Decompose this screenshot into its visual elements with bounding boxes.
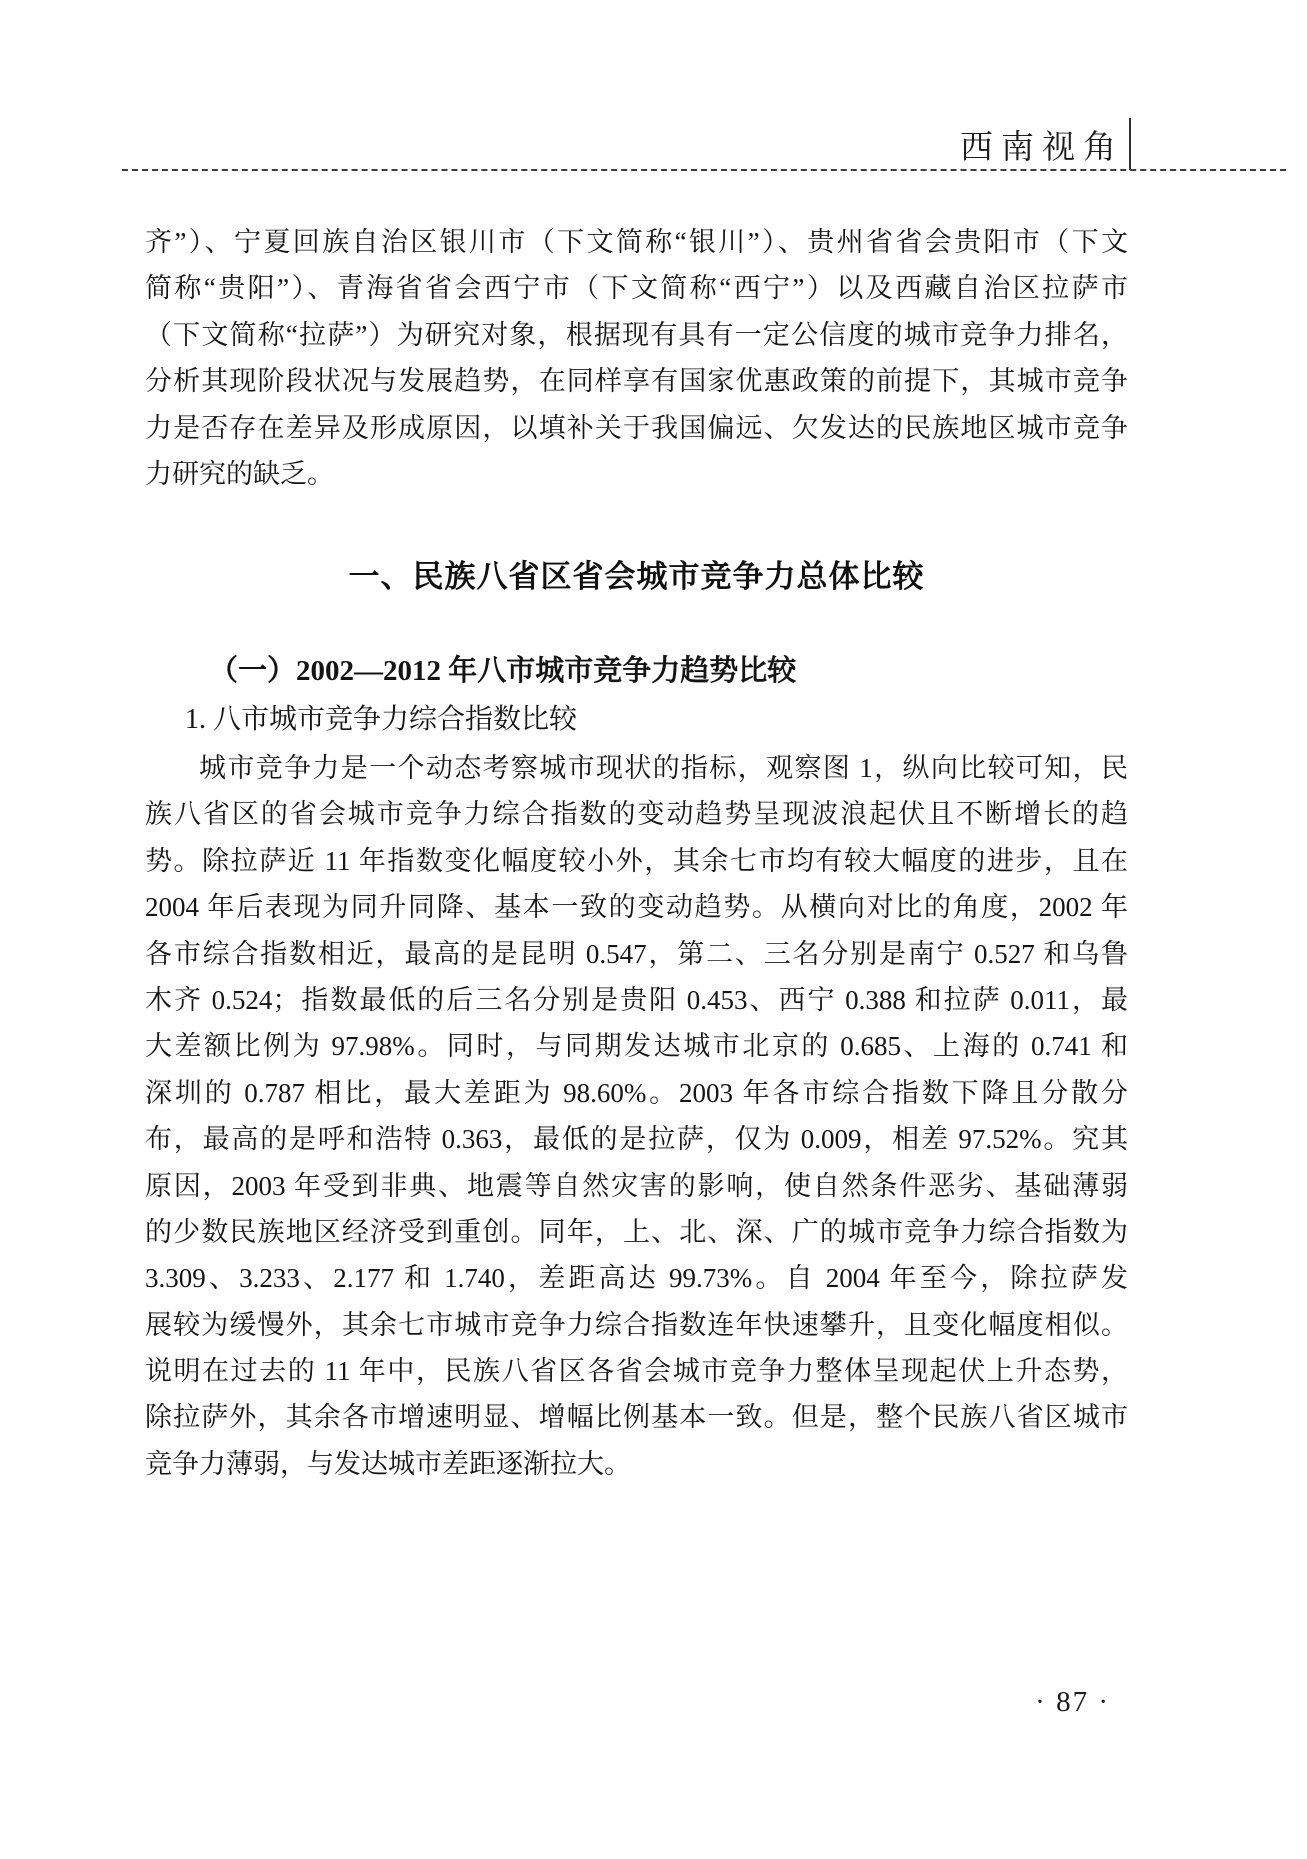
text-line: 布，最高的是呼和浩特 0.363，最低的是拉萨，仅为 0.009，相差 97.5… (145, 1116, 1128, 1162)
text-line: 2004 年后表现为同升同降、基本一致的变动趋势。从横向对比的角度，2002 年 (145, 884, 1128, 930)
subsection-heading: （一）2002—2012 年八市城市竞争力趋势比较 (145, 651, 1128, 691)
body-paragraph: 城市竞争力是一个动态考察城市现状的指标，观察图 1，纵向比较可知，民族八省区的省… (145, 745, 1128, 1487)
document-page: 西南视角 齐”）、宁夏回族自治区银川市（下文简称“银川”）、贵州省省会贵阳市（下… (0, 0, 1307, 1859)
text-line: 齐”）、宁夏回族自治区银川市（下文简称“银川”）、贵州省省会贵阳市（下文 (145, 219, 1128, 265)
text-line: 竞争力薄弱，与发达城市差距逐渐拉大。 (145, 1441, 1128, 1487)
text-line: 简称“贵阳”）、青海省省会西宁市（下文简称“西宁”）以及西藏自治区拉萨市 (145, 265, 1128, 311)
page-number: · 87 · (1035, 1684, 1110, 1720)
section-heading: 一、民族八省区省会城市竞争力总体比较 (145, 557, 1128, 597)
text-line: 城市竞争力是一个动态考察城市现状的指标，观察图 1，纵向比较可知，民 (145, 745, 1128, 791)
text-line: 族八省区的省会城市竞争力综合指数的变动趋势呈现波浪起伏且不断增长的趋 (145, 791, 1128, 837)
text-line: 分析其现阶段状况与发展趋势，在同样享有国家优惠政策的前提下，其城市竞争 (145, 358, 1128, 404)
text-line: 势。除拉萨近 11 年指数变化幅度较小外，其余七市均有较大幅度的进步，且在 (145, 838, 1128, 884)
text-line: 大差额比例为 97.98%。同时，与同期发达城市北京的 0.685、上海的 0.… (145, 1023, 1128, 1069)
text-line: 原因，2003 年受到非典、地震等自然灾害的影响，使自然条件恶劣、基础薄弱 (145, 1163, 1128, 1209)
text-line: 力是否存在差异及形成原因，以填补关于我国偏远、欠发达的民族地区城市竞争 (145, 405, 1128, 451)
text-line: 除拉萨外，其余各市增速明显、增幅比例基本一致。但是，整个民族八省区城市 (145, 1394, 1128, 1440)
text-line: 木齐 0.524；指数最低的后三名分别是贵阳 0.453、西宁 0.388 和拉… (145, 977, 1128, 1023)
numbered-item-heading: 1. 八市城市竞争力综合指数比较 (145, 701, 1128, 739)
text-line: 说明在过去的 11 年中，民族八省区各省会城市竞争力整体呈现起伏上升态势， (145, 1348, 1128, 1394)
text-line: 的少数民族地区经济受到重创。同年，上、北、深、广的城市竞争力综合指数为 (145, 1209, 1128, 1255)
intro-paragraph: 齐”）、宁夏回族自治区银川市（下文简称“银川”）、贵州省省会贵阳市（下文简称“贵… (145, 219, 1128, 497)
text-line: 深圳的 0.787 相比，最大差距为 98.60%。2003 年各市综合指数下降… (145, 1070, 1128, 1116)
text-line: 展较为缓慢外，其余七市城市竞争力综合指数连年快速攀升，且变化幅度相似。 (145, 1302, 1128, 1348)
running-header-title: 西南视角 (960, 128, 1124, 168)
header-vertical-rule (1129, 118, 1131, 170)
text-line: 各市综合指数相近，最高的是昆明 0.547，第二、三名分别是南宁 0.527 和… (145, 931, 1128, 977)
text-line: （下文简称“拉萨”）为研究对象，根据现有具有一定公信度的城市竞争力排名， (145, 312, 1128, 358)
text-line: 3.309、3.233、2.177 和 1.740，差距高达 99.73%。自 … (145, 1255, 1128, 1301)
text-line: 力研究的缺乏。 (145, 451, 1128, 497)
header-dashed-rule (122, 169, 1286, 171)
